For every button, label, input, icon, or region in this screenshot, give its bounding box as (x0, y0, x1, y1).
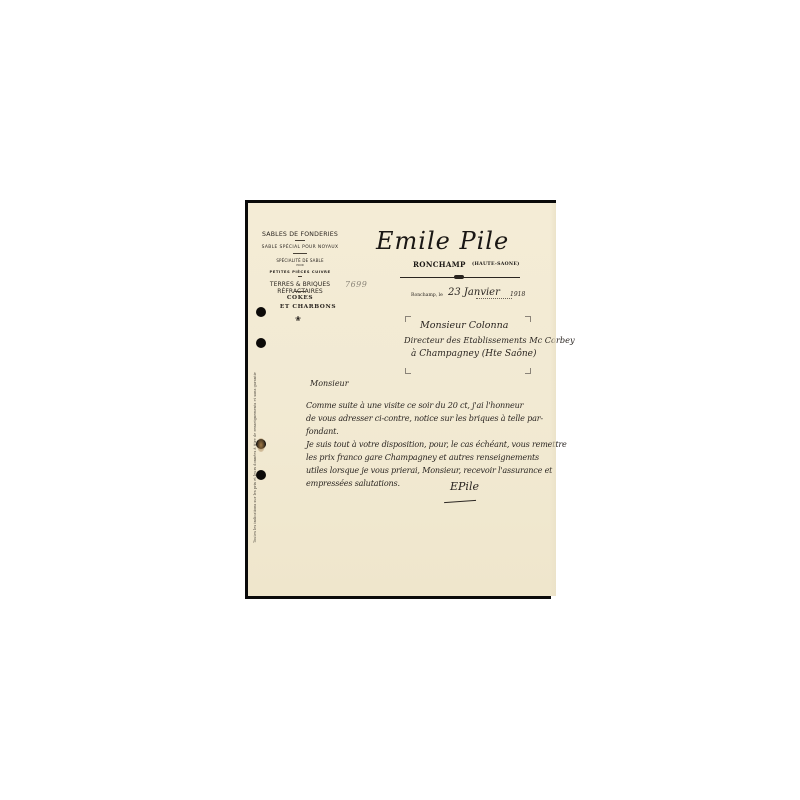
body-line: empressées salutations. (306, 478, 400, 488)
divider (298, 276, 302, 277)
scan-border-left (245, 200, 248, 599)
divider (293, 253, 307, 254)
body-line: Comme suite à une visite ce soir du 20 c… (306, 400, 523, 410)
scan-border-bottom (245, 596, 551, 599)
letterhead-line-3: SPÉCIALITÉ DE SABLE (248, 258, 352, 263)
address-line-1: Monsieur Colonna (420, 320, 508, 331)
letter-paper: SABLES DE FONDERIES SABLE SPÉCIAL POUR N… (248, 203, 556, 596)
document-scan: SABLES DE FONDERIES SABLE SPÉCIAL POUR N… (245, 200, 557, 599)
body-line: fondant. (306, 426, 339, 436)
region: (HAUTE-SAONE) (472, 262, 520, 267)
date-handwritten: 23 Janvier (448, 287, 500, 298)
punch-hole-2 (256, 338, 266, 348)
letterhead-line-7: COKES (248, 295, 352, 301)
header-rule-ornament (454, 275, 464, 279)
body-line: Je suis tout à votre disposition, pour, … (306, 439, 567, 449)
signature-flourish (444, 498, 476, 503)
body-line: utiles lorsque je vous prierai, Monsieur… (306, 465, 552, 475)
letterhead-line-2: SABLE SPÉCIAL POUR NOYAUX (248, 245, 352, 250)
address-line-2: Directeur des Etablissements Mc Corbey (404, 335, 575, 345)
date-dotted-line (476, 298, 512, 299)
divider (295, 240, 305, 241)
divider (295, 291, 305, 292)
corner-mark (525, 316, 531, 322)
letterhead-line-4: POUR (248, 264, 352, 267)
scan-border-top (245, 200, 556, 203)
ornament-icon: ❀ (295, 315, 301, 323)
letterhead-line-6: TERRES & BRIQUES RÉFRACTAIRES (248, 281, 352, 295)
year: 1918 (510, 291, 525, 298)
body-line: de vous adresser ci-contre, notice sur l… (306, 413, 543, 423)
letterhead-line-5: PETITES PIÈCES CUIVRE (248, 269, 352, 274)
company-name: Emile Pile (376, 227, 509, 255)
address-line-3: à Champagney (Hte Saône) (411, 349, 537, 359)
date-prefix: Ronchamp, le (411, 293, 443, 298)
town: RONCHAMP (413, 260, 466, 269)
body-line: les prix franco gare Champagney et autre… (306, 452, 539, 462)
signature: EPile (450, 480, 479, 493)
corner-mark (525, 368, 531, 374)
corner-mark (405, 368, 411, 374)
letterhead-line-8: ET CHARBONS (256, 304, 360, 310)
punch-hole-4 (256, 470, 266, 480)
salutation: Monsieur (310, 379, 349, 388)
margin-note: Toutes les indications sur les prix et l… (253, 372, 257, 543)
letterhead-line-1: SABLES DE FONDERIES (248, 231, 352, 238)
paper-stain (257, 438, 265, 452)
corner-mark (405, 316, 411, 322)
reference-number: 7699 (345, 280, 367, 289)
